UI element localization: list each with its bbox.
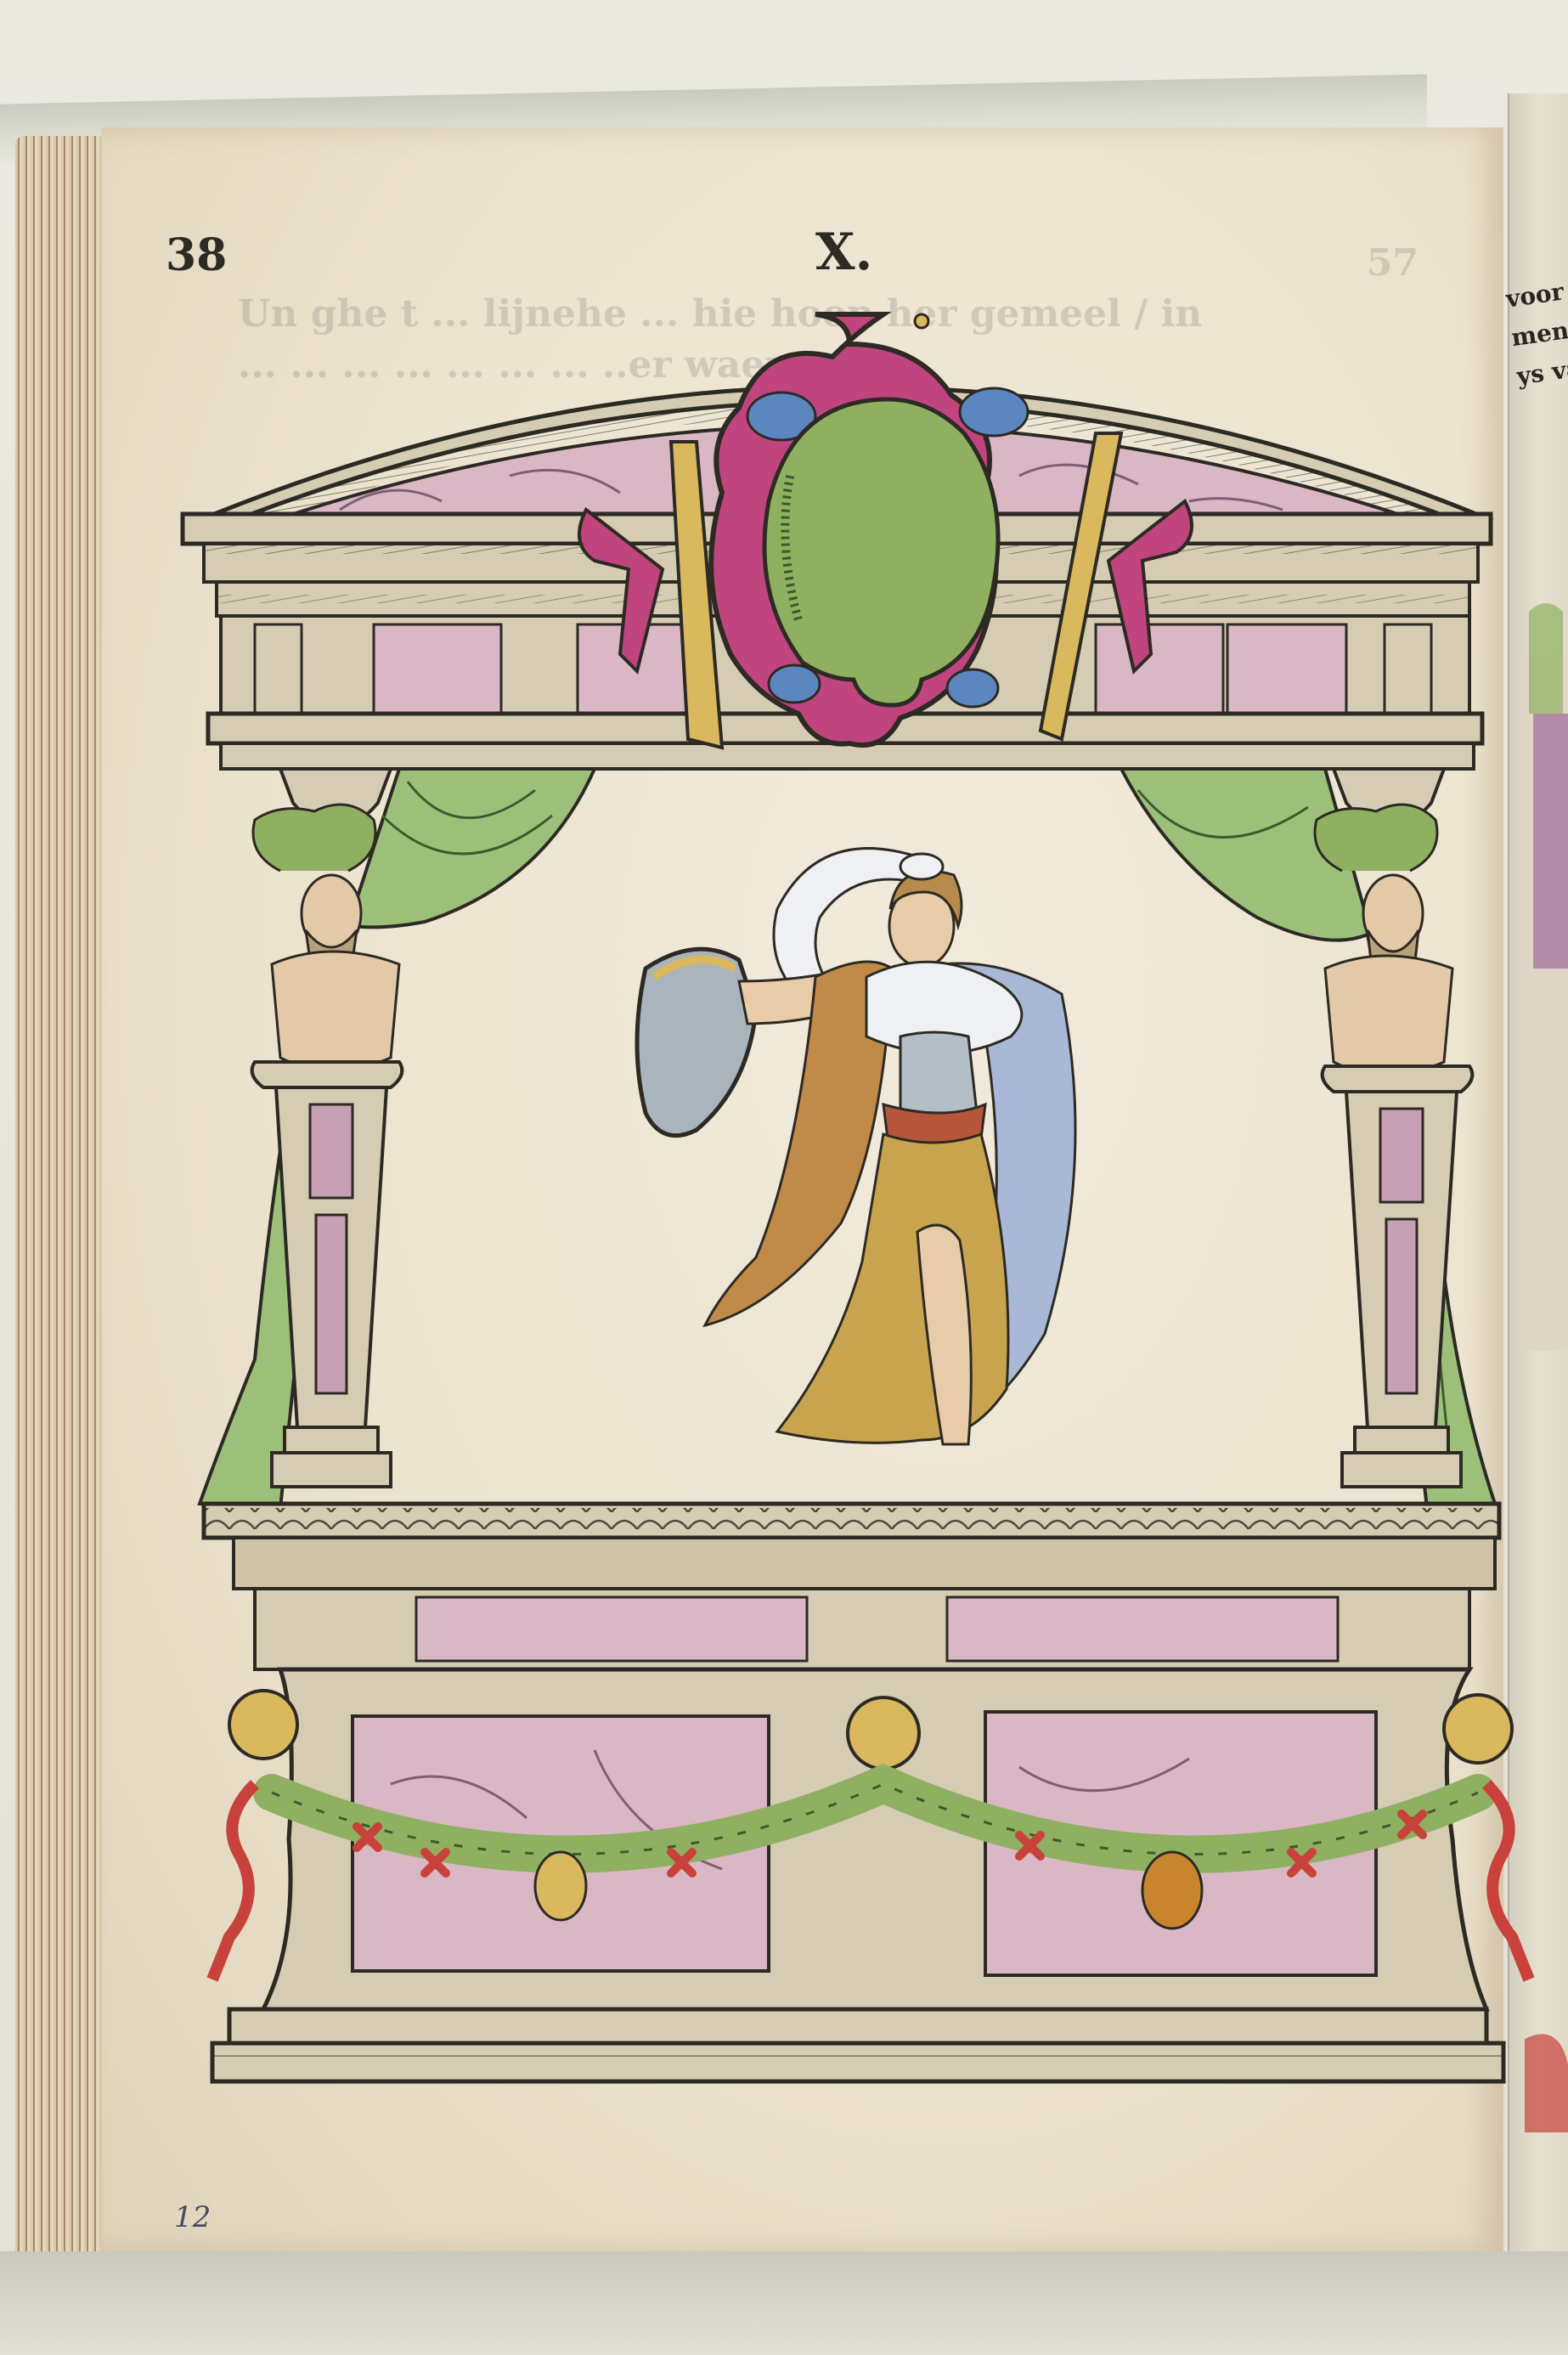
woodcut-illustration	[0, 0, 1568, 2355]
pedestal-base	[204, 1504, 1529, 2081]
right-page-illustration	[1520, 603, 1568, 2132]
signature-mark: 12	[174, 2200, 211, 2234]
allegorical-figure	[637, 849, 1075, 1444]
